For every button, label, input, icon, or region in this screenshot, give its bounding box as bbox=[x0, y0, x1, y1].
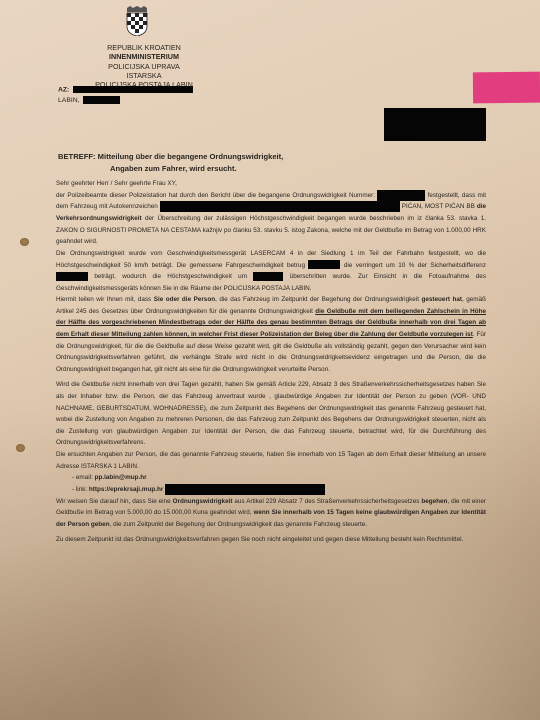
redaction-bar bbox=[308, 260, 340, 269]
eprekrsaji-link[interactable]: https://eprekrsaji.mup.hr bbox=[89, 486, 163, 493]
coat-of-arms-icon bbox=[124, 6, 150, 36]
letter-body: Sehr geehrter Herr / Sehr geehrte Frau X… bbox=[56, 178, 486, 546]
paragraph-measurement: Die Ordnungswidrigkeit wurde vom Geschwi… bbox=[56, 248, 486, 294]
subject-line-2: Angaben zum Fahrer, wird ersucht. bbox=[58, 163, 283, 175]
az-label: AZ: bbox=[58, 86, 69, 93]
letterhead-ministry: INNENMINISTERIUM bbox=[90, 52, 198, 61]
recipient-address-redaction bbox=[384, 108, 486, 141]
letterhead-police-administration: POLICIJSKA UPRAVA ISTARSKA bbox=[90, 62, 198, 81]
paragraph-violation: der Polizeibeamte dieser Polizeistation … bbox=[56, 190, 486, 248]
subject-line: BETREFF: Mitteilung über die begangene O… bbox=[58, 151, 283, 175]
redaction-bar bbox=[165, 484, 325, 495]
paragraph-driver-identity: Wird die Geldbuße nicht innerhalb von dr… bbox=[56, 379, 486, 449]
redaction-bar bbox=[73, 86, 193, 93]
subject-line-1: BETREFF: Mitteilung über die begangene O… bbox=[58, 151, 283, 163]
paragraph-no-appeal: Zu diesem Zeitpunkt ist das Ordnungswidr… bbox=[56, 534, 486, 546]
place-date: LABIN, bbox=[58, 96, 120, 104]
place-label: LABIN, bbox=[58, 97, 80, 104]
redaction-bar bbox=[83, 96, 120, 104]
email-link[interactable]: pp.labin@mup.hr bbox=[95, 474, 147, 481]
letterhead: REPUBLIK KROATIEN INNENMINISTERIUM POLIC… bbox=[90, 43, 198, 89]
redaction-bar bbox=[160, 201, 400, 212]
redaction-bar bbox=[253, 272, 283, 281]
letterhead-country: REPUBLIK KROATIEN bbox=[90, 43, 198, 52]
redaction-bar bbox=[377, 190, 425, 201]
contact-email: - email: pp.labin@mup.hr bbox=[56, 472, 486, 484]
paragraph-penalty-warning: Wir weisen Sie darauf hin, dass Sie eine… bbox=[56, 496, 486, 531]
redaction-bar bbox=[56, 272, 88, 281]
punch-hole-bottom bbox=[16, 444, 25, 452]
paragraph-payment: Hiermit teilen wir Ihnen mit, dass Sie o… bbox=[56, 294, 486, 375]
punch-hole-top bbox=[20, 238, 29, 246]
contact-link: - link: https://eprekrsaji.mup.hr bbox=[56, 484, 486, 496]
paragraph-deadline: Die ersuchten Angaben zur Person, die da… bbox=[56, 449, 486, 472]
salutation: Sehr geehrter Herr / Sehr geehrte Frau X… bbox=[56, 178, 486, 190]
reference-number: AZ: bbox=[58, 86, 193, 93]
pink-marker-tab bbox=[473, 72, 540, 104]
